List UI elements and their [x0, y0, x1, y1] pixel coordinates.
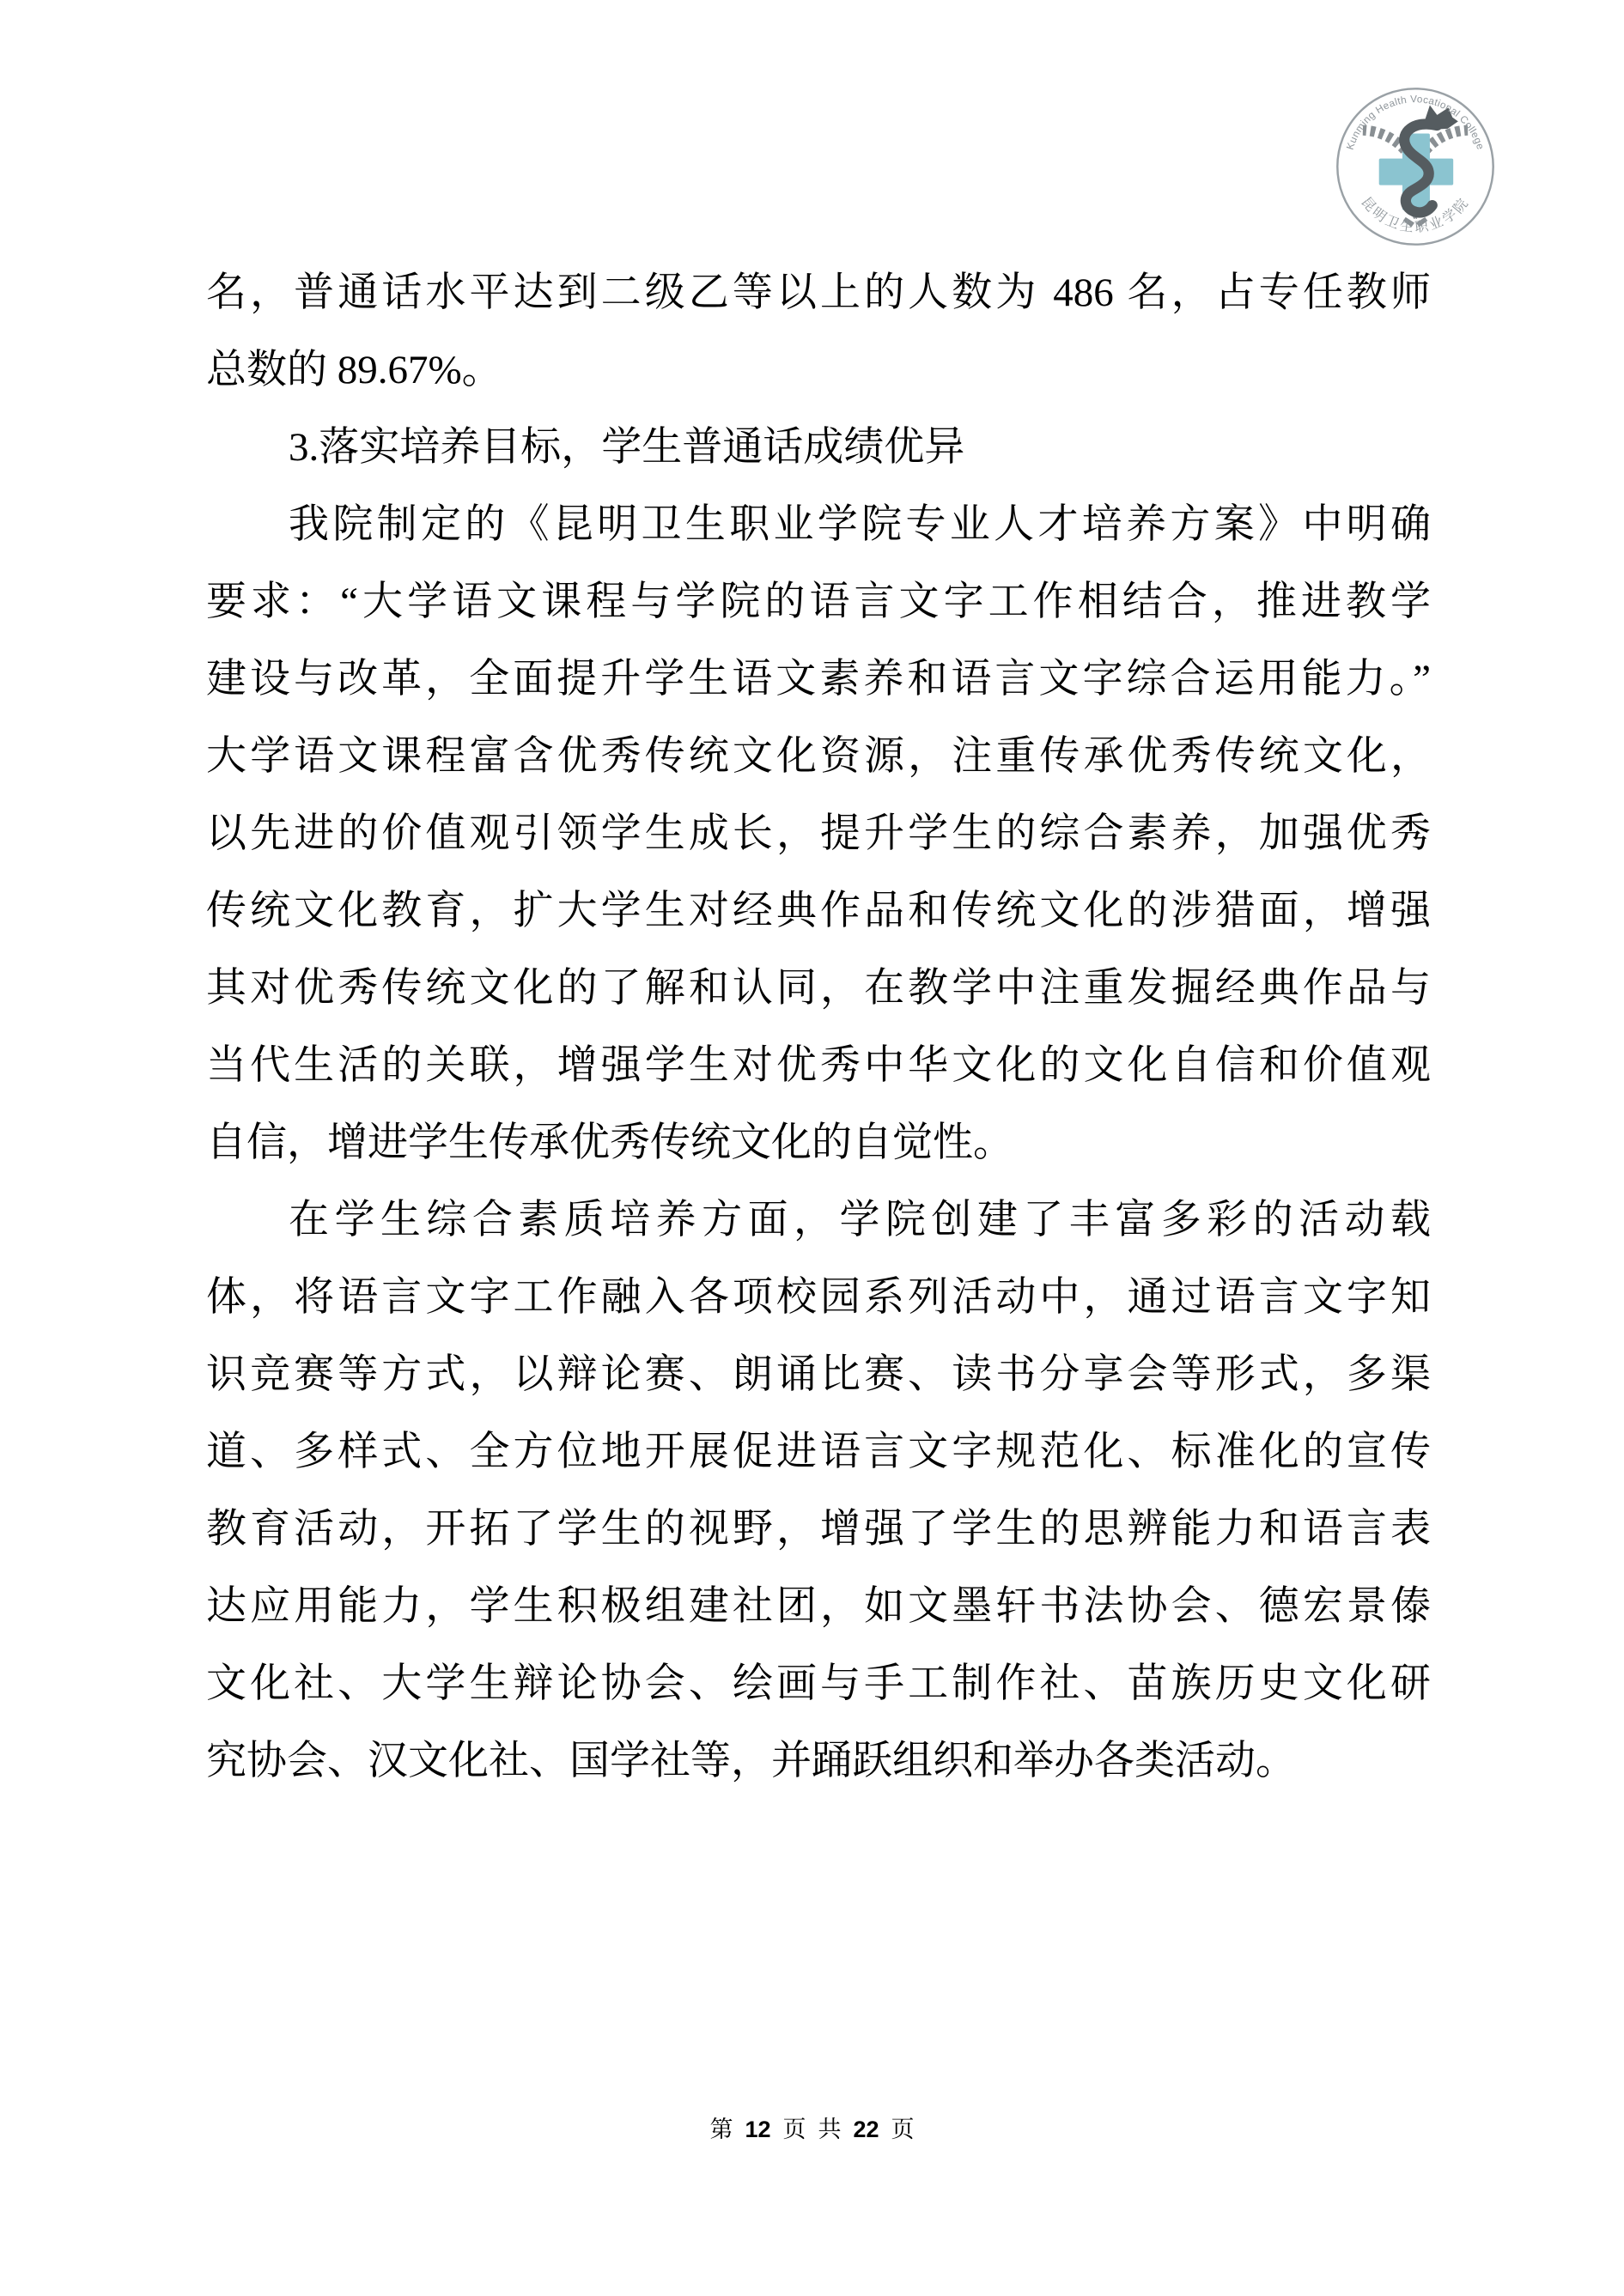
footer-total-pages: 22 — [854, 2117, 879, 2143]
document-page: Kunming Health Vocational College 昆明卫生职业… — [0, 0, 1624, 2296]
text-line: 其对优秀传统文化的了解和认同，在教学中注重发掘经典作品与 — [206, 950, 1431, 1027]
text-line: 名，普通话水平达到二级乙等以上的人数为 486 名，占专任教师 — [206, 254, 1431, 331]
text-line: 体，将语言文字工作融入各项校园系列活动中，通过语言文字知 — [206, 1259, 1431, 1336]
text-line: 建设与改革，全面提升学生语文素养和语言文字综合运用能力。” — [206, 641, 1431, 718]
text-line: 道、多样式、全方位地开展促进语言文字规范化、标准化的宣传 — [206, 1413, 1431, 1491]
text-line: 以先进的价值观引领学生成长，提升学生的综合素养，加强优秀 — [206, 795, 1431, 872]
text-line: 自信，增进学生传承优秀传统文化的自觉性。 — [206, 1104, 1431, 1181]
text-line: 达应用能力，学生积极组建社团，如文墨轩书法协会、德宏景傣 — [206, 1568, 1431, 1645]
text-line: 识竞赛等方式，以辩论赛、朗诵比赛、读书分享会等形式，多渠 — [206, 1336, 1431, 1413]
footer-label-page2: 页 — [891, 2111, 915, 2144]
footer-label-prefix: 第 — [709, 2111, 733, 2144]
text-line: 文化社、大学生辩论协会、绘画与手工制作社、苗族历史文化研 — [206, 1645, 1431, 1722]
text-line: 总数的 89.67%。 — [206, 331, 1431, 409]
document-body-text: 名，普通话水平达到二级乙等以上的人数为 486 名，占专任教师总数的 89.67… — [206, 254, 1431, 1800]
text-line: 要求：“大学语文课程与学院的语言文字工作相结合，推进教学 — [206, 563, 1431, 641]
text-line: 我院制定的《昆明卫生职业学院专业人才培养方案》中明确 — [206, 486, 1431, 563]
text-line: 传统文化教育，扩大学生对经典作品和传统文化的涉猎面，增强 — [206, 872, 1431, 950]
college-seal-logo: Kunming Health Vocational College 昆明卫生职业… — [1335, 83, 1496, 250]
text-line: 在学生综合素质培养方面，学院创建了丰富多彩的活动载 — [206, 1181, 1431, 1259]
text-line: 当代生活的关联，增强学生对优秀中华文化的文化自信和价值观 — [206, 1027, 1431, 1104]
footer-current-page: 12 — [745, 2117, 770, 2143]
page-footer: 第12页共22页 — [0, 2111, 1624, 2144]
text-line: 3.落实培养目标，学生普通话成绩优异 — [206, 409, 1431, 486]
text-line: 大学语文课程富含优秀传统文化资源，注重传承优秀传统文化， — [206, 718, 1431, 795]
footer-label-page1: 页 — [783, 2111, 806, 2144]
text-line: 教育活动，开拓了学生的视野，增强了学生的思辨能力和语言表 — [206, 1491, 1431, 1568]
footer-label-total: 共 — [818, 2111, 842, 2144]
text-line: 究协会、汉文化社、国学社等，并踊跃组织和举办各类活动。 — [206, 1722, 1431, 1800]
